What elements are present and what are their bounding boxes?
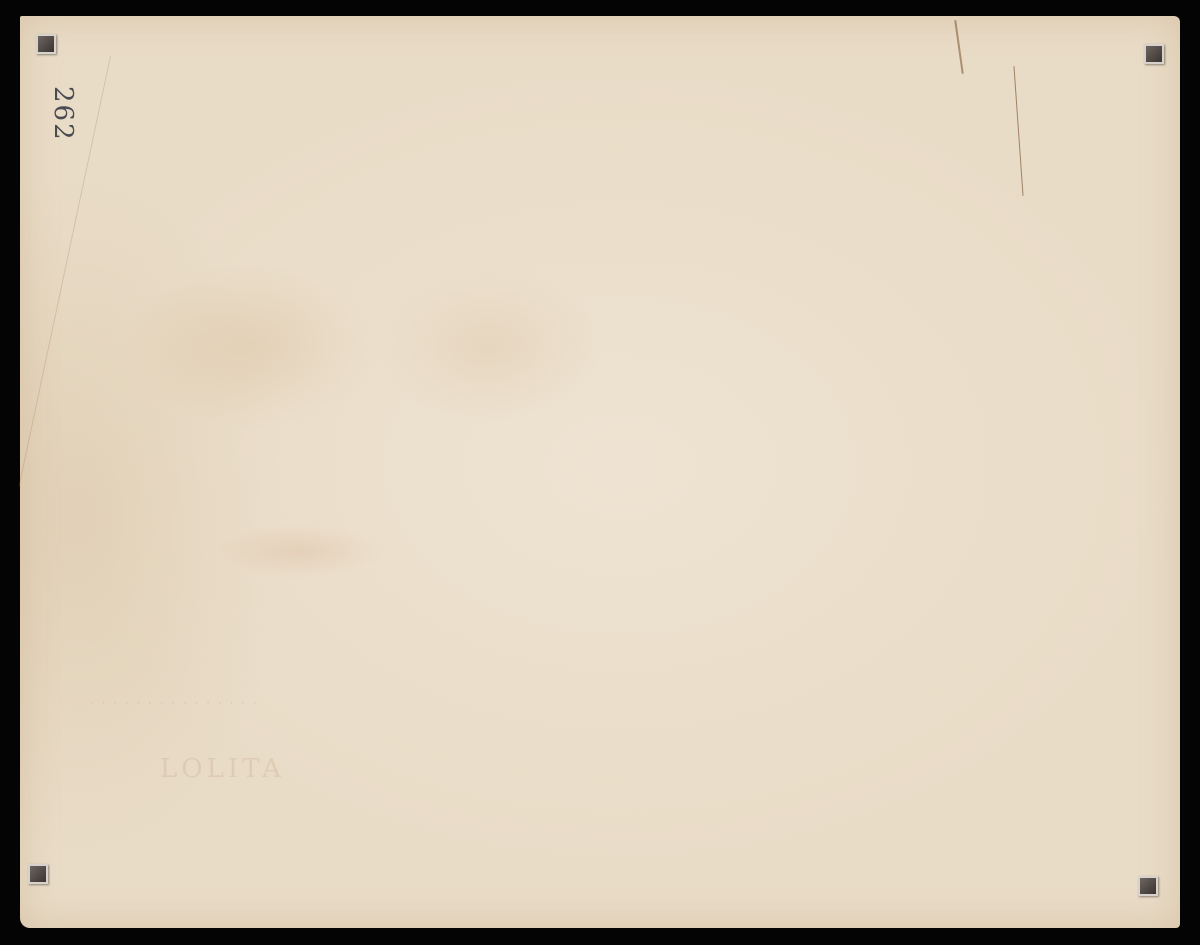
crease-mark: [954, 20, 963, 74]
paper-sheet: · · · · · · · · · · · · · · · LOLITA 262: [20, 16, 1180, 928]
crease-mark: [1013, 66, 1023, 196]
handwritten-number: 262: [48, 86, 78, 142]
magnet-top-right: [1144, 44, 1164, 64]
magnet-bottom-left: [28, 864, 48, 884]
bleed-through-title: LOLITA: [160, 754, 285, 784]
magnet-top-left: [36, 34, 56, 54]
magnet-bottom-right: [1138, 876, 1158, 896]
bleed-through-text: · · · · · · · · · · · · · · ·: [90, 696, 259, 710]
